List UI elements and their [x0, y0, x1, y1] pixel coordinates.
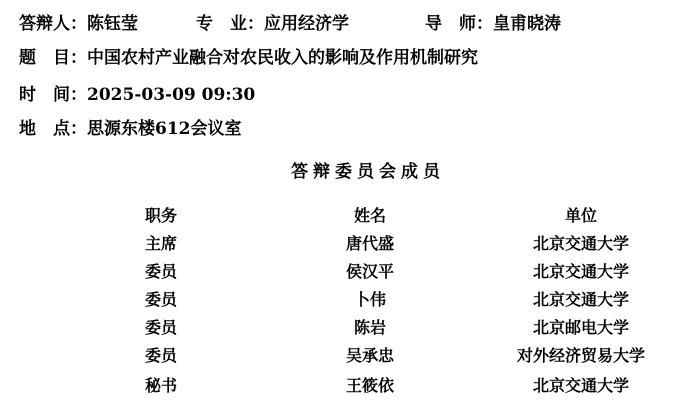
member-name: 唐代盛 — [320, 233, 420, 255]
thesis-title: 中国农村产业融合对农民收入的影响及作用机制研究 — [87, 47, 478, 69]
major-value: 应用经济学 — [264, 13, 349, 35]
member-name: 陈岩 — [320, 317, 420, 339]
major-label: 专 业： — [196, 13, 264, 35]
member-role: 委员 — [111, 289, 211, 311]
defender-name: 陈钰莹 — [87, 13, 138, 35]
committee-title: 答辩委员会成员 — [0, 161, 684, 183]
place-label: 地 点： — [19, 118, 87, 140]
table-row: 委员 陈岩 北京邮电大学 — [0, 317, 684, 345]
defense-place: 思源东楼612会议室 — [87, 118, 242, 140]
member-role: 主席 — [111, 233, 211, 255]
advisor-name: 皇甫晓涛 — [493, 13, 561, 35]
table-row: 秘书 王筱依 北京交通大学 — [0, 375, 684, 403]
table-row: 委员 侯汉平 北京交通大学 — [0, 261, 684, 289]
member-name: 吴承忠 — [320, 345, 420, 367]
member-name: 侯汉平 — [320, 261, 420, 283]
member-unit: 北京交通大学 — [501, 233, 661, 255]
table-row: 主席 唐代盛 北京交通大学 — [0, 233, 684, 261]
time-line: 时 间：2025-03-09 09:30 — [19, 84, 255, 106]
column-header-name: 姓名 — [320, 205, 420, 227]
thesis-title-line: 题 目：中国农村产业融合对农民收入的影响及作用机制研究 — [19, 47, 478, 69]
committee-table: 职务 姓名 单位 主席 唐代盛 北京交通大学 委员 侯汉平 北京交通大学 委员 … — [0, 205, 684, 403]
title-label: 题 目： — [19, 47, 87, 69]
member-role: 委员 — [111, 345, 211, 367]
column-header-role: 职务 — [111, 205, 211, 227]
member-unit: 北京邮电大学 — [501, 317, 661, 339]
member-unit: 北京交通大学 — [501, 261, 661, 283]
column-header-unit: 单位 — [501, 205, 661, 227]
member-role: 秘书 — [111, 375, 211, 397]
defense-time: 2025-03-09 09:30 — [87, 84, 255, 106]
table-header-row: 职务 姓名 单位 — [0, 205, 684, 233]
table-row: 委员 卜伟 北京交通大学 — [0, 289, 684, 317]
time-label: 时 间： — [19, 84, 87, 106]
member-name: 卜伟 — [320, 289, 420, 311]
member-role: 委员 — [111, 317, 211, 339]
member-unit: 对外经济贸易大学 — [501, 345, 661, 367]
defender-label: 答辩人： — [19, 13, 87, 35]
place-line: 地 点：思源东楼612会议室 — [19, 118, 242, 140]
member-role: 委员 — [111, 261, 211, 283]
member-unit: 北京交通大学 — [501, 289, 661, 311]
defense-info-line: 答辩人：陈钰莹专 业：应用经济学导 师：皇甫晓涛 — [19, 13, 561, 35]
table-row: 委员 吴承忠 对外经济贸易大学 — [0, 345, 684, 375]
member-unit: 北京交通大学 — [501, 375, 661, 397]
member-name: 王筱依 — [320, 375, 420, 397]
advisor-label: 导 师： — [425, 13, 493, 35]
